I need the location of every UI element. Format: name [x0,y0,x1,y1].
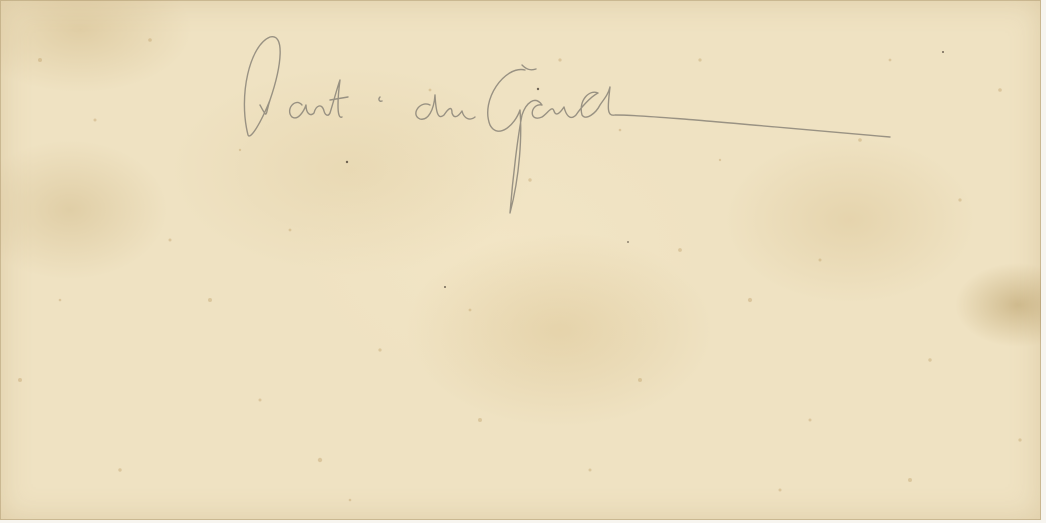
pencil-inscription [230,25,910,235]
aged-card-back: Pont du Gard [0,0,1041,520]
scan-margin-right [1041,0,1046,523]
